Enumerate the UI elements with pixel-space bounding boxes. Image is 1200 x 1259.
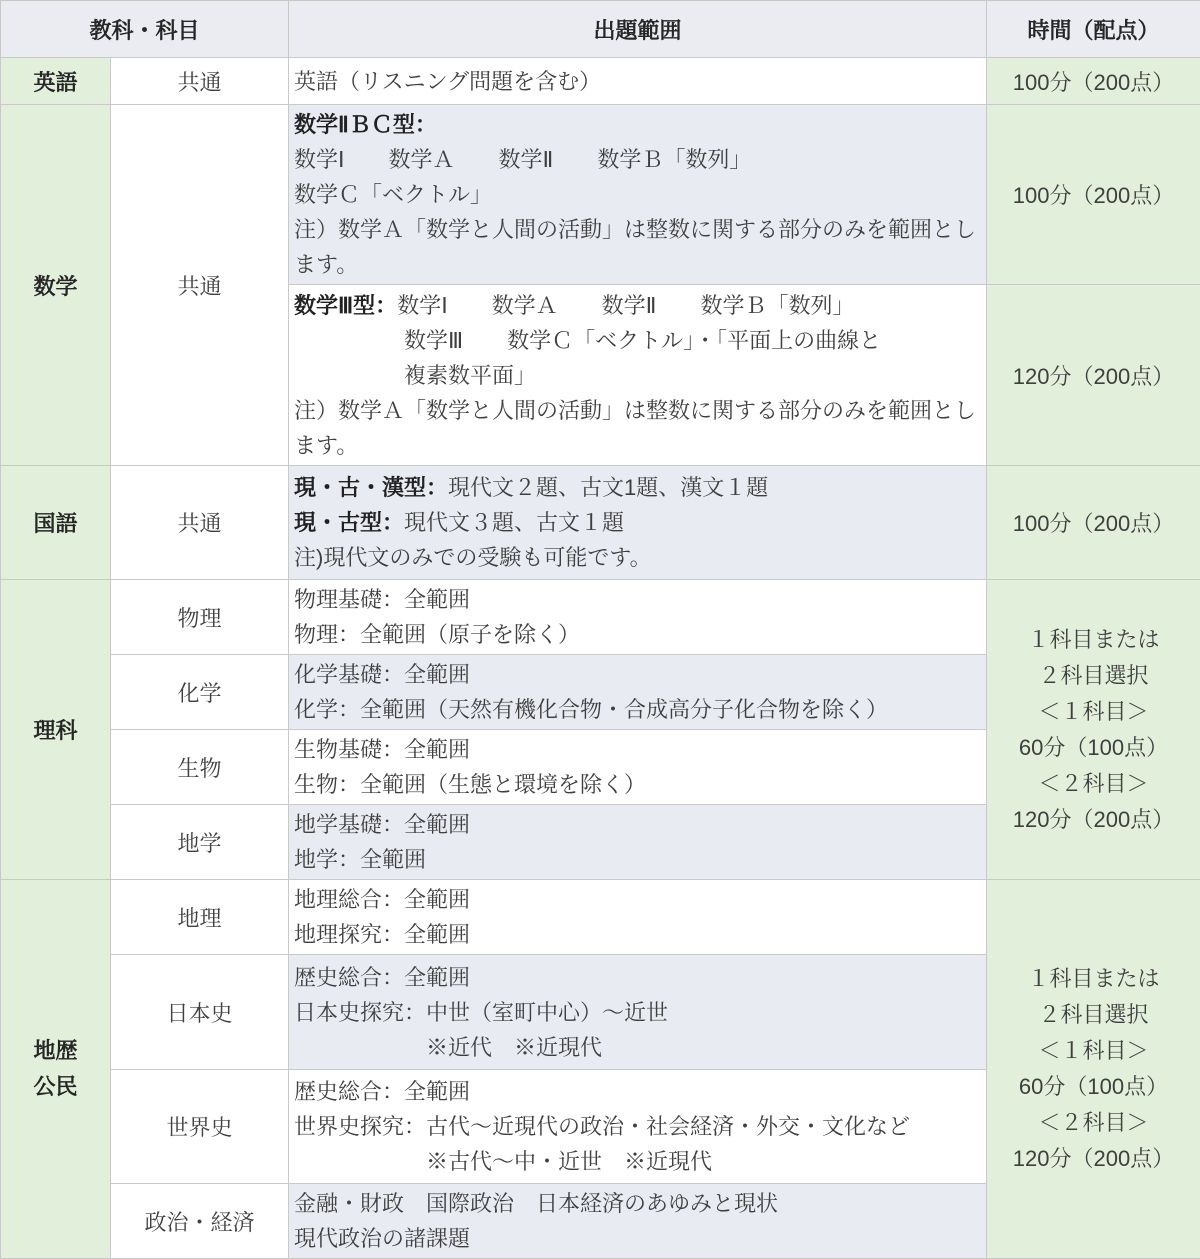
- time-line: ２科目選択: [987, 997, 1200, 1033]
- course-cell-math: 共通: [111, 105, 289, 466]
- header-time-points: 時間（配点）: [987, 1, 1200, 58]
- range-line: 複素数平面」: [294, 358, 981, 393]
- range-note: 注）数学Ａ「数学と人間の活動」は整数に関する部分のみを範囲とします。: [294, 393, 981, 463]
- subject-cell-english: 英語: [1, 58, 111, 105]
- range-cell-biology: 生物基礎：全範囲 生物：全範囲（生態と環境を除く）: [289, 730, 987, 805]
- range-cell-english: 英語（リスニング問題を含む）: [289, 58, 987, 105]
- row-english: 英語 共通 英語（リスニング問題を含む） 100分（200点）: [1, 58, 1200, 105]
- time-line: １科目または: [987, 622, 1200, 658]
- range-line-title: 数学Ⅲ型：: [294, 293, 397, 318]
- time-line: 120分（200点）: [987, 1141, 1200, 1177]
- subject-cell-japanese: 国語: [1, 466, 111, 580]
- subject-label-line: 公民: [1, 1069, 110, 1105]
- range-line: 化学基礎：全範囲: [294, 657, 981, 692]
- time-cell-science: １科目または ２科目選択 ＜１科目＞ 60分（100点） ＜２科目＞ 120分（…: [987, 580, 1200, 880]
- range-line: 日本史探究：中世（室町中心）〜近世: [294, 995, 981, 1030]
- range-line: 現代政治の諸課題: [294, 1221, 981, 1256]
- time-cell-math-3: 120分（200点）: [987, 285, 1200, 466]
- course-cell-japanese-history: 日本史: [111, 955, 289, 1070]
- range-line: 数学Ⅰ 数学Ａ 数学Ⅱ 数学Ｂ「数列」: [294, 142, 981, 177]
- time-line: ＜１科目＞: [987, 1033, 1200, 1069]
- range-line: ※古代〜中・近世 ※近現代: [294, 1144, 981, 1179]
- course-cell-chemistry: 化学: [111, 655, 289, 730]
- range-line: 歴史総合：全範囲: [294, 960, 981, 995]
- range-line: 地学基礎：全範囲: [294, 807, 981, 842]
- time-line: ＜１科目＞: [987, 694, 1200, 730]
- range-line-title: 現・古・漢型：: [294, 475, 448, 500]
- header-subject-course: 教科・科目: [1, 1, 289, 58]
- row-japanese: 国語 共通 現・古・漢型：現代文２題、古文1題、漢文１題 現・古型：現代文３題、…: [1, 466, 1200, 580]
- range-cell-chemistry: 化学基礎：全範囲 化学：全範囲（天然有機化合物・合成高分子化合物を除く）: [289, 655, 987, 730]
- course-cell-earth-science: 地学: [111, 805, 289, 880]
- range-line: 物理：全範囲（原子を除く）: [294, 617, 981, 652]
- course-cell-geography: 地理: [111, 880, 289, 955]
- range-line: 歴史総合：全範囲: [294, 1074, 981, 1109]
- row-math-2bc: 数学 共通 数学ⅡＢＣ型： 数学Ⅰ 数学Ａ 数学Ⅱ 数学Ｂ「数列」 数学Ｃ「ベク…: [1, 105, 1200, 285]
- course-cell-world-history: 世界史: [111, 1070, 289, 1184]
- table-header-row: 教科・科目 出題範囲 時間（配点）: [1, 1, 1200, 58]
- range-cell-math-2bc: 数学ⅡＢＣ型： 数学Ⅰ 数学Ａ 数学Ⅱ 数学Ｂ「数列」 数学Ｃ「ベクトル」 注）…: [289, 105, 987, 285]
- time-line: 120分（200点）: [987, 802, 1200, 838]
- range-line-title: 現・古型：: [294, 510, 404, 535]
- range-line: 地学：全範囲: [294, 842, 981, 877]
- range-cell-earth-science: 地学基礎：全範囲 地学：全範囲: [289, 805, 987, 880]
- range-note: 注)現代文のみでの受験も可能です。: [294, 540, 981, 575]
- time-cell-math-2bc: 100分（200点）: [987, 105, 1200, 285]
- exam-subjects-table: 教科・科目 出題範囲 時間（配点） 英語 共通 英語（リスニング問題を含む） 1…: [0, 0, 1200, 1259]
- course-cell-politics-economics: 政治・経済: [111, 1184, 289, 1259]
- range-line: 地理総合：全範囲: [294, 882, 981, 917]
- time-line: ２科目選択: [987, 658, 1200, 694]
- time-line: ＜２科目＞: [987, 766, 1200, 802]
- range-line: 世界史探究：古代〜近現代の政治・社会経済・外交・文化など: [294, 1109, 981, 1144]
- range-line: 現・古型：現代文３題、古文１題: [294, 505, 981, 540]
- subject-label-line: 地歴: [1, 1033, 110, 1069]
- time-line: 60分（100点）: [987, 1069, 1200, 1105]
- time-line: ＜２科目＞: [987, 1105, 1200, 1141]
- range-line: 地理探究：全範囲: [294, 917, 981, 952]
- course-cell-japanese: 共通: [111, 466, 289, 580]
- time-cell-japanese: 100分（200点）: [987, 466, 1200, 580]
- range-line: 物理基礎：全範囲: [294, 582, 981, 617]
- time-line: 60分（100点）: [987, 730, 1200, 766]
- range-line: 数学Ⅲ型：数学Ⅰ 数学Ａ 数学Ⅱ 数学Ｂ「数列」: [294, 288, 981, 323]
- range-cell-japanese: 現・古・漢型：現代文２題、古文1題、漢文１題 現・古型：現代文３題、古文１題 注…: [289, 466, 987, 580]
- course-cell-biology: 生物: [111, 730, 289, 805]
- range-line: 化学：全範囲（天然有機化合物・合成高分子化合物を除く）: [294, 692, 981, 727]
- range-line: 生物：全範囲（生態と環境を除く）: [294, 767, 981, 802]
- course-cell-physics: 物理: [111, 580, 289, 655]
- time-line: １科目または: [987, 961, 1200, 997]
- subject-cell-social: 地歴 公民: [1, 880, 111, 1259]
- row-geography: 地歴 公民 地理 地理総合：全範囲 地理探究：全範囲 １科目または ２科目選択 …: [1, 880, 1200, 955]
- range-line: 数学Ⅲ 数学Ｃ「ベクトル」・「平面上の曲線と: [294, 323, 981, 358]
- range-cell-geography: 地理総合：全範囲 地理探究：全範囲: [289, 880, 987, 955]
- range-note: 注）数学Ａ「数学と人間の活動」は整数に関する部分のみを範囲とします。: [294, 212, 981, 282]
- time-cell-social: １科目または ２科目選択 ＜１科目＞ 60分（100点） ＜２科目＞ 120分（…: [987, 880, 1200, 1259]
- course-cell-english: 共通: [111, 58, 289, 105]
- range-line: 金融・財政 国際政治 日本経済のあゆみと現状: [294, 1186, 981, 1221]
- range-cell-world-history: 歴史総合：全範囲 世界史探究：古代〜近現代の政治・社会経済・外交・文化など ※古…: [289, 1070, 987, 1184]
- range-line: 英語（リスニング問題を含む）: [294, 64, 981, 99]
- range-cell-japanese-history: 歴史総合：全範囲 日本史探究：中世（室町中心）〜近世 ※近代 ※近現代: [289, 955, 987, 1070]
- header-question-range: 出題範囲: [289, 1, 987, 58]
- row-physics: 理科 物理 物理基礎：全範囲 物理：全範囲（原子を除く） １科目または ２科目選…: [1, 580, 1200, 655]
- time-cell-english: 100分（200点）: [987, 58, 1200, 105]
- range-line: ※近代 ※近現代: [294, 1030, 981, 1065]
- subject-cell-science: 理科: [1, 580, 111, 880]
- range-line: 生物基礎：全範囲: [294, 732, 981, 767]
- range-line: 現・古・漢型：現代文２題、古文1題、漢文１題: [294, 470, 981, 505]
- range-line-title: 数学ⅡＢＣ型：: [294, 107, 981, 142]
- range-cell-politics-economics: 金融・財政 国際政治 日本経済のあゆみと現状 現代政治の諸課題: [289, 1184, 987, 1259]
- subject-cell-math: 数学: [1, 105, 111, 466]
- range-cell-math-3: 数学Ⅲ型：数学Ⅰ 数学Ａ 数学Ⅱ 数学Ｂ「数列」 数学Ⅲ 数学Ｃ「ベクトル」・「…: [289, 285, 987, 466]
- range-cell-physics: 物理基礎：全範囲 物理：全範囲（原子を除く）: [289, 580, 987, 655]
- range-line: 数学Ｃ「ベクトル」: [294, 177, 981, 212]
